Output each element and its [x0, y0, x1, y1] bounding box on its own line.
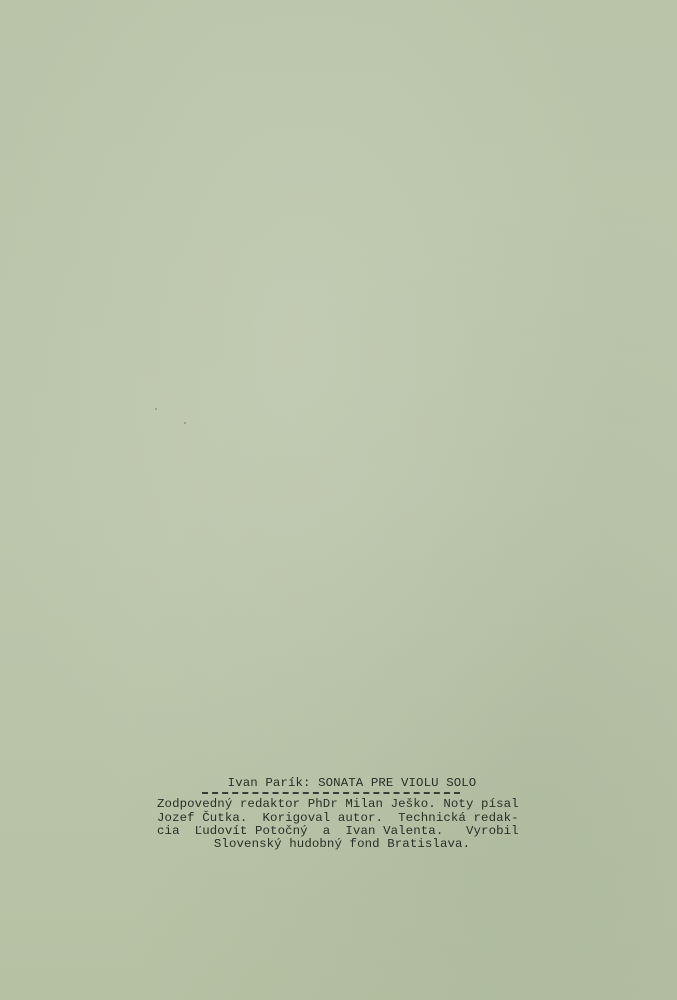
paper-speck — [184, 422, 186, 424]
title-underline — [202, 792, 460, 794]
paper-speck — [155, 408, 157, 410]
colophon-line: cia Ľudovít Potočný a Ivan Valenta. Vyro… — [157, 825, 527, 838]
document-title: Ivan Parík: SONATA PRE VIOLU SOLO — [202, 777, 502, 790]
colophon-block: Ivan Parík: SONATA PRE VIOLU SOLO Zodpov… — [157, 777, 527, 851]
colophon-text: Zodpovedný redaktor PhDr Milan Ješko. No… — [157, 798, 527, 851]
colophon-line: Jozef Čutka. Korigoval autor. Technická … — [157, 812, 527, 825]
paper-page: Ivan Parík: SONATA PRE VIOLU SOLO Zodpov… — [0, 0, 677, 1000]
colophon-line: Zodpovedný redaktor PhDr Milan Ješko. No… — [157, 798, 527, 811]
colophon-line: Slovenský hudobný fond Bratislava. — [157, 838, 527, 851]
